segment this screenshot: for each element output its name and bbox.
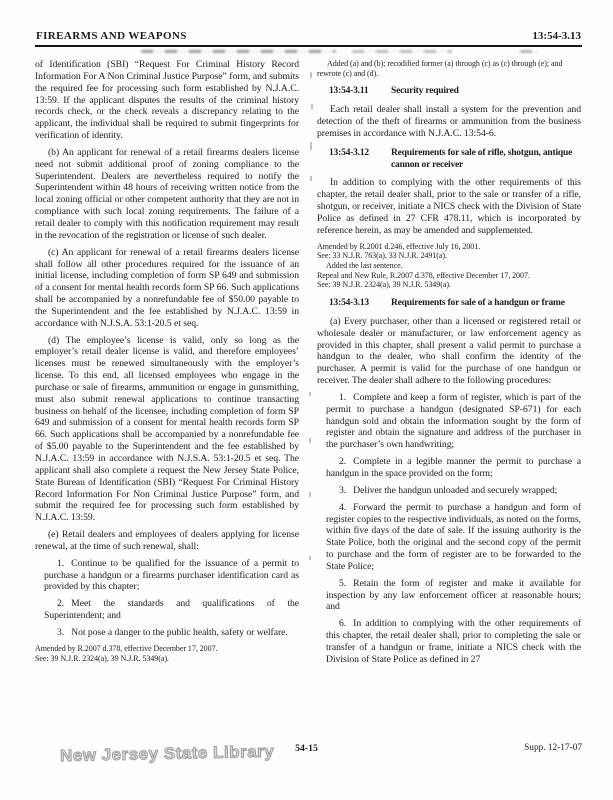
- item-text: Complete in a legible manner the permit …: [326, 456, 581, 479]
- paragraph-continuation: of Identification (SBI) “Request For Cri…: [35, 59, 299, 142]
- history-notes: Amended by R.2001 d.246, effective July …: [317, 242, 581, 291]
- left-column: of Identification (SBI) “Request For Cri…: [35, 59, 299, 669]
- list-item: 5.Retain the form of register and make i…: [317, 578, 581, 614]
- section-heading-3-13: 13:54-3.13 Requirements for sale of a ha…: [317, 298, 581, 310]
- item-number: 1.: [57, 558, 64, 569]
- section-number: 13:54-3.11: [329, 86, 391, 98]
- header-title: FIREARMS AND WEAPONS: [36, 30, 187, 42]
- history-line: See: 39 N.J.R. 2324(a), 39 N.J.R. 5349(a…: [35, 654, 299, 664]
- history-notes: Amended by R.2007 d.378, effective Decem…: [35, 644, 299, 663]
- item-text: Continue to be qualified for the issuanc…: [44, 558, 299, 593]
- item-text: Retain the form of register and make it …: [326, 578, 581, 613]
- item-text: Not pose a danger to the public health, …: [71, 627, 288, 638]
- section-number: 13:54-3.12: [329, 148, 391, 172]
- section-title: Requirements for sale of a handgun or fr…: [391, 298, 581, 310]
- right-column: Added (a) and (b); recodified former (a)…: [317, 59, 581, 671]
- item-number: 5.: [339, 578, 346, 589]
- section-title: Requirements for sale of rifle, shotgun,…: [391, 148, 581, 172]
- scan-smudge: [141, 50, 336, 53]
- list-item: 3.Deliver the handgun unloaded and secur…: [317, 485, 581, 497]
- paragraph-d: (d) The employee’s license is valid, onl…: [35, 335, 299, 525]
- scan-artifact: [310, 72, 312, 78]
- scan-smudge: [352, 50, 452, 53]
- scan-artifact: [310, 176, 312, 181]
- header-rule: [35, 45, 582, 47]
- section-3-13-body: (a) Every purchaser, other than a licens…: [317, 316, 581, 387]
- scan-artifact: [309, 438, 311, 443]
- item-number: 2.: [339, 456, 346, 467]
- scan-artifact: [309, 392, 311, 396]
- item-number: 6.: [339, 618, 346, 629]
- history-line: Amended by R.2007 d.378, effective Decem…: [35, 644, 299, 654]
- amendment-note: Added (a) and (b); recodified former (a)…: [317, 59, 581, 78]
- document-page: FIREARMS AND WEAPONS 13:54-3.13 of Ident…: [0, 0, 613, 800]
- list-item: 3.Not pose a danger to the public health…: [35, 627, 299, 639]
- section-heading-3-12: 13:54-3.12 Requirements for sale of rifl…: [317, 148, 581, 172]
- item-text: Deliver the handgun unloaded and securel…: [353, 485, 557, 496]
- section-3-11-body: Each retail dealer shall install a syste…: [317, 104, 581, 140]
- paragraph-e: (e) Retail dealers and employees of deal…: [35, 529, 299, 553]
- list-item: 2.Meet the standards and qualifications …: [35, 598, 299, 622]
- history-line: See: 39 N.J.R. 2324(a), 39 N.J.R. 5349(a…: [317, 280, 581, 290]
- item-number: 1.: [339, 392, 346, 403]
- paragraph-c: (c) An applicant for renewal of a retail…: [35, 247, 299, 330]
- item-text: Complete and keep a form of register, wh…: [326, 392, 581, 450]
- paragraph-b: (b) An applicant for renewal of a retail…: [35, 147, 299, 242]
- section-3-12-body: In addition to complying with the other …: [317, 177, 581, 236]
- supplement-date: Supp. 12-17-07: [524, 743, 582, 753]
- list-item: 1.Complete and keep a form of register, …: [317, 392, 581, 451]
- history-line: Repeal and New Rule, R.2007 d.378, effec…: [317, 271, 581, 281]
- item-number: 2.: [57, 598, 64, 609]
- item-number: 4.: [339, 502, 346, 513]
- scan-artifact: [309, 492, 311, 497]
- section-title: Security required: [391, 86, 581, 98]
- scan-artifact: [310, 142, 312, 150]
- history-line: Amended by R.2001 d.246, effective July …: [317, 242, 581, 252]
- list-item: 6.In addition to complying with the othe…: [317, 618, 581, 665]
- scan-artifact: [311, 104, 313, 109]
- list-item: 4.Forward the permit to purchase a handg…: [317, 502, 581, 573]
- history-line: See: 33 N.J.R. 763(a), 33 N.J.R. 2491(a)…: [317, 251, 581, 261]
- scan-artifact: [309, 556, 311, 560]
- item-text: In addition to complying with the other …: [326, 618, 581, 665]
- scan-smudge: [520, 50, 538, 53]
- item-number: 3.: [339, 485, 346, 496]
- header-section-number: 13:54-3.13: [532, 30, 581, 42]
- item-text: Meet the standards and qualifications of…: [44, 598, 299, 621]
- section-heading-3-11: 13:54-3.11 Security required: [317, 86, 581, 98]
- item-number: 3.: [57, 627, 64, 638]
- list-item: 1.Continue to be qualified for the issua…: [35, 558, 299, 594]
- history-line: Added the last sentence.: [317, 261, 581, 271]
- item-text: Forward the permit to purchase a handgun…: [326, 502, 581, 572]
- section-number: 13:54-3.13: [329, 298, 391, 310]
- list-item: 2.Complete in a legible manner the permi…: [317, 456, 581, 480]
- page-number: 54-15: [0, 743, 613, 754]
